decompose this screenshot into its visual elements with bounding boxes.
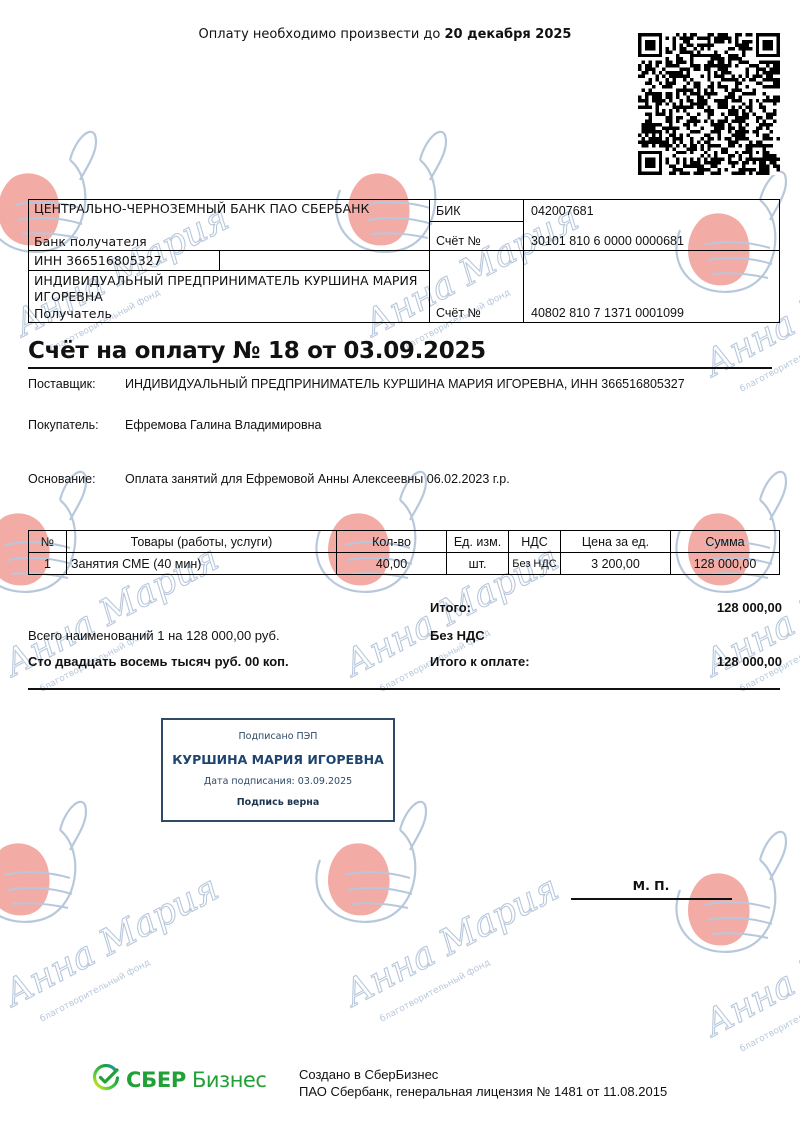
payment-deadline-date: 20 декабря 2025 bbox=[445, 27, 572, 42]
sber-business-logo: СБЕР Бизнес bbox=[92, 1064, 266, 1096]
footer-info: Создано в СберБизнес ПАО Сбербанк, генер… bbox=[299, 1066, 667, 1100]
divider bbox=[429, 250, 779, 251]
sber-logo-text: СБЕР bbox=[126, 1068, 186, 1092]
payment-deadline-label: Оплату необходимо произвести до bbox=[199, 27, 441, 42]
column-header: Кол-во bbox=[337, 531, 447, 553]
divider bbox=[523, 200, 534, 322]
inn-value: ИНН 366516805327 bbox=[29, 253, 167, 268]
basis-label: Основание: bbox=[28, 472, 125, 486]
basis-value: Оплата занятий для Ефремовой Анны Алексе… bbox=[125, 472, 510, 486]
recipient-label: Получатель bbox=[29, 306, 117, 321]
amount-in-words: Сто двадцать восемь тысяч руб. 00 коп. bbox=[28, 654, 289, 669]
divider bbox=[429, 200, 440, 322]
to-pay-value: 128 000,00 bbox=[717, 654, 782, 669]
buyer-label: Покупатель: bbox=[28, 418, 125, 432]
item-price: 3 200,00 bbox=[561, 553, 671, 575]
buyer-row: Покупатель:Ефремова Галина Владимировна bbox=[28, 418, 321, 432]
invoice-title: Счёт на оплату № 18 от 03.09.2025 bbox=[28, 338, 486, 364]
stamp-status: Подпись верна bbox=[163, 797, 393, 808]
corr-account-value: 30101 810 6 0000 0000681 bbox=[526, 234, 689, 248]
stamp-signed-label: Подписано ПЭП bbox=[163, 731, 393, 742]
recipient-name: ИНДИВИДУАЛЬНЫЙ ПРЕДПРИНИМАТЕЛЬ КУРШИНА М… bbox=[29, 273, 424, 305]
invoice-page: Оплату необходимо произвести до 20 декаб… bbox=[0, 0, 800, 1132]
stamp-signer: КУРШИНА МАРИЯ ИГОРЕВНА bbox=[163, 752, 393, 767]
bank-details-table: ЦЕНТРАЛЬНО-ЧЕРНОЗЕМНЫЙ БАНК ПАО СБЕРБАНК… bbox=[28, 199, 780, 323]
item-vat: Без НДС bbox=[509, 553, 561, 575]
signature-stamp: Подписано ПЭП КУРШИНА МАРИЯ ИГОРЕВНА Дат… bbox=[161, 718, 395, 822]
bank-name: ЦЕНТРАЛЬНО-ЧЕРНОЗЕМНЫЙ БАНК ПАО СБЕРБАНК bbox=[29, 201, 429, 216]
total-label: Итого: bbox=[430, 600, 471, 615]
to-pay-label: Итого к оплате: bbox=[430, 654, 530, 669]
sber-logo-icon bbox=[92, 1064, 120, 1096]
footer-created-in: Создано в СберБизнес bbox=[299, 1066, 667, 1083]
stamp-date: Дата подписания: 03.09.2025 bbox=[163, 776, 393, 787]
bik-label: БИК bbox=[431, 204, 465, 218]
column-header: НДС bbox=[509, 531, 561, 553]
buyer-value: Ефремова Галина Владимировна bbox=[125, 418, 321, 432]
column-header: Ед. изм. bbox=[447, 531, 509, 553]
item-sum: 128 000,00 bbox=[671, 553, 780, 575]
table-header-row: № Товары (работы, услуги) Кол-во Ед. изм… bbox=[29, 531, 780, 553]
item-unit: шт. bbox=[447, 553, 509, 575]
footer-license: ПАО Сбербанк, генеральная лицензия № 148… bbox=[299, 1083, 667, 1100]
corr-account-label: Счёт № bbox=[431, 234, 486, 248]
business-logo-text: Бизнес bbox=[192, 1068, 266, 1092]
seal-line bbox=[571, 898, 732, 900]
totals-divider bbox=[28, 688, 780, 690]
column-header: Сумма bbox=[671, 531, 780, 553]
divider bbox=[219, 250, 230, 270]
supplier-value: ИНДИВИДУАЛЬНЫЙ ПРЕДПРИНИМАТЕЛЬ КУРШИНА М… bbox=[125, 377, 685, 391]
qr-code-icon bbox=[638, 33, 780, 175]
column-header: № bbox=[29, 531, 67, 553]
table-row: 1 Занятия СМЕ (40 мин) 40,00 шт. Без НДС… bbox=[29, 553, 780, 575]
account-value: 40802 810 7 1371 0001099 bbox=[526, 306, 689, 320]
seal-label: М. П. bbox=[571, 878, 731, 893]
column-header: Товары (работы, услуги) bbox=[67, 531, 337, 553]
bik-value: 042007681 bbox=[526, 204, 599, 218]
divider bbox=[29, 270, 429, 271]
items-table: № Товары (работы, услуги) Кол-во Ед. изм… bbox=[28, 530, 780, 575]
title-divider bbox=[28, 367, 772, 369]
item-name: Занятия СМЕ (40 мин) bbox=[67, 553, 337, 575]
items-summary: Всего наименований 1 на 128 000,00 руб. bbox=[28, 628, 280, 643]
bank-label: Банк получателя bbox=[29, 234, 429, 249]
account-label: Счёт № bbox=[431, 306, 486, 320]
divider bbox=[429, 221, 523, 222]
basis-row: Основание:Оплата занятий для Ефремовой А… bbox=[28, 472, 510, 486]
total-value: 128 000,00 bbox=[717, 600, 782, 615]
item-quantity: 40,00 bbox=[337, 553, 447, 575]
column-header: Цена за ед. bbox=[561, 531, 671, 553]
row-number: 1 bbox=[29, 553, 67, 575]
vat-label: Без НДС bbox=[430, 628, 485, 643]
supplier-label: Поставщик: bbox=[28, 377, 125, 391]
supplier-row: Поставщик:ИНДИВИДУАЛЬНЫЙ ПРЕДПРИНИМАТЕЛЬ… bbox=[28, 377, 685, 391]
